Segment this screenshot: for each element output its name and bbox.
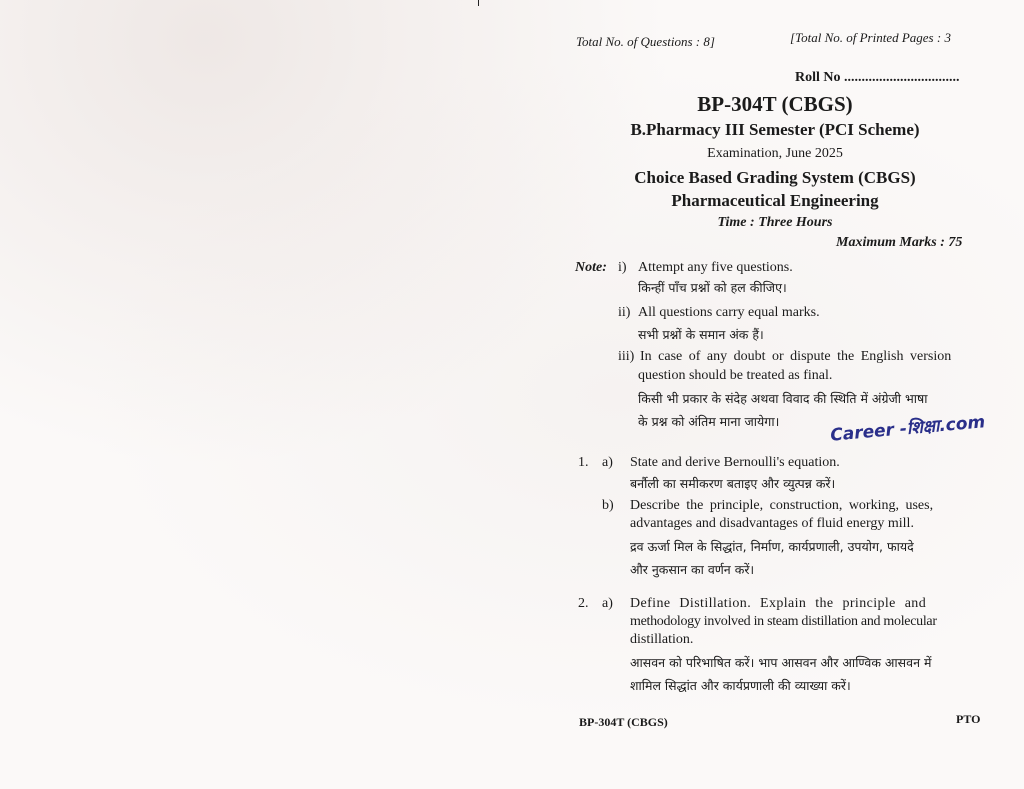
question-number: 2. xyxy=(578,596,589,612)
note-item-en: In case of any doubt or dispute the Engl… xyxy=(640,349,951,365)
note-item-en: All questions carry equal marks. xyxy=(638,305,820,321)
note-item-en: Attempt any five questions. xyxy=(638,260,793,276)
question-text-hi: शामिल सिद्धांत और कार्यप्रणाली की व्याख्… xyxy=(630,677,851,694)
question-text-hi: आसवन को परिभाषित करें। भाप आसवन और आण्वि… xyxy=(630,654,931,671)
note-item-number: ii) xyxy=(618,305,630,321)
question-text-hi: बर्नौली का समीकरण बताइए और व्युत्पन्न कर… xyxy=(630,475,835,492)
subject-title: Pharmaceutical Engineering xyxy=(560,191,990,211)
question-text-en: advantages and disadvantages of fluid en… xyxy=(630,516,914,532)
grading-system: Choice Based Grading System (CBGS) xyxy=(560,168,990,188)
watermark-stamp: Career -शिक्षा.com xyxy=(829,409,986,445)
question-part-label: a) xyxy=(602,596,613,612)
programme-title: B.Pharmacy III Semester (PCI Scheme) xyxy=(560,120,990,140)
question-number: 1. xyxy=(578,455,589,471)
question-part-label: a) xyxy=(602,455,613,471)
question-text-en: State and derive Bernoulli's equation. xyxy=(630,455,840,471)
question-text-en: Define Distillation. Explain the princip… xyxy=(630,596,926,612)
question-part-label: b) xyxy=(602,498,614,514)
maximum-marks: Maximum Marks : 75 xyxy=(836,235,962,251)
question-text-en: methodology involved in steam distillati… xyxy=(630,614,937,630)
note-item-number: i) xyxy=(618,260,627,276)
note-item-en: question should be treated as final. xyxy=(638,368,832,384)
question-text-en: Describe the principle, construction, wo… xyxy=(630,498,933,514)
paper-code: BP-304T (CBGS) xyxy=(560,92,990,117)
note-item-hi: के प्रश्न को अंतिम माना जायेगा। xyxy=(638,413,779,430)
exam-paper-page: Total No. of Questions : 8] [Total No. o… xyxy=(0,0,1024,789)
note-item-hi: किन्हीं पाँच प्रश्नों को हल कीजिए। xyxy=(638,279,787,296)
question-text-hi: द्रव ऊर्जा मिल के सिद्धांत, निर्माण, कार… xyxy=(630,538,914,555)
note-label: Note: xyxy=(575,260,607,276)
examination-date: Examination, June 2025 xyxy=(560,146,990,162)
footer-paper-code: BP-304T (CBGS) xyxy=(579,715,668,730)
question-text-hi: और नुकसान का वर्णन करें। xyxy=(630,561,754,578)
note-item-hi: किसी भी प्रकार के संदेह अथवा विवाद की स्… xyxy=(638,390,928,407)
roll-number-field: Roll No ................................… xyxy=(795,70,960,86)
total-questions: Total No. of Questions : 8] xyxy=(576,34,715,50)
exam-duration: Time : Three Hours xyxy=(560,215,990,231)
please-turn-over: PTO xyxy=(956,712,980,727)
total-printed-pages: [Total No. of Printed Pages : 3 xyxy=(790,30,951,46)
page-edge-mark xyxy=(478,0,479,6)
note-item-number: iii) xyxy=(618,349,634,365)
question-text-en: distillation. xyxy=(630,632,693,648)
note-item-hi: सभी प्रश्नों के समान अंक हैं। xyxy=(638,326,764,343)
